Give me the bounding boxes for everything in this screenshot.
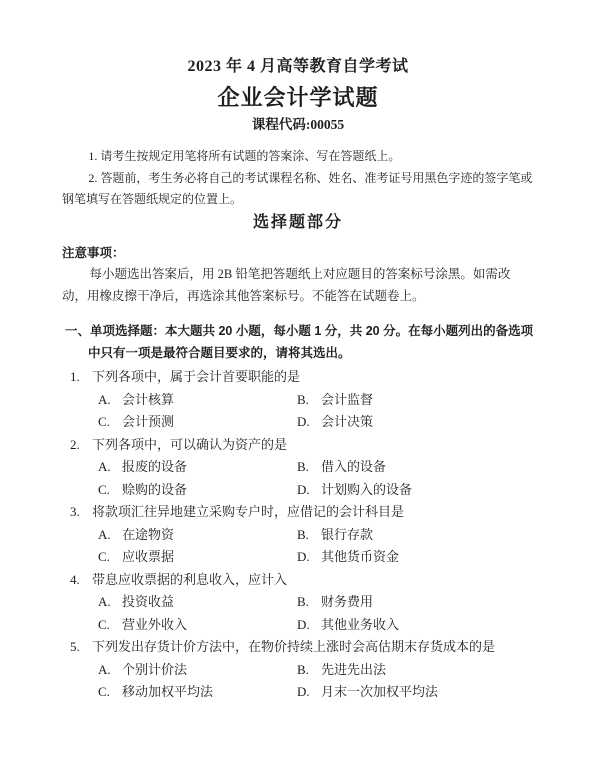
option-text: 其他业务收入 — [321, 617, 399, 632]
exam-paper-page: 2023 年 4 月高等教育自学考试 企业会计学试题 课程代码:00055 1.… — [0, 0, 596, 782]
question-1-stem: 1.下列各项中，属于会计首要职能的是 — [62, 366, 534, 389]
option-label: B. — [297, 524, 321, 547]
option-text: 赊购的设备 — [122, 482, 187, 497]
question-number: 4. — [70, 569, 92, 592]
question-text: 带息应收票据的利息收入，应计入 — [92, 572, 287, 587]
question-3-option-c: C.应收票据 — [98, 546, 297, 569]
option-label: A. — [98, 456, 122, 479]
option-label: C. — [98, 614, 122, 637]
question-2-stem: 2.下列各项中，可以确认为资产的是 — [62, 434, 534, 457]
question-text: 将款项汇往异地建立采购专户时，应借记的会计科目是 — [92, 504, 404, 519]
notice-body: 每小题选出答案后，用 2B 铅笔把答题纸上对应题目的答案标号涂黑。如需改动，用橡… — [62, 264, 534, 307]
question-2-option-d: D.计划购入的设备 — [297, 479, 534, 502]
option-text: 在途物资 — [122, 527, 174, 542]
question-4-stem: 4.带息应收票据的利息收入，应计入 — [62, 569, 534, 592]
question-2-option-a: A.报废的设备 — [98, 456, 297, 479]
option-label: C. — [98, 546, 122, 569]
question-text: 下列各项中，可以确认为资产的是 — [92, 437, 287, 452]
question-3-options: A.在途物资 B.银行存款 C.应收票据 D.其他货币资金 — [62, 524, 534, 569]
question-5: 5.下列发出存货计价方法中，在物价持续上涨时会高估期末存货成本的是 A.个别计价… — [62, 636, 534, 704]
option-label: A. — [98, 591, 122, 614]
question-3: 3.将款项汇往异地建立采购专户时，应借记的会计科目是 A.在途物资 B.银行存款… — [62, 501, 534, 569]
option-text: 借入的设备 — [321, 459, 386, 474]
option-label: D. — [297, 479, 321, 502]
question-4-option-a: A.投资收益 — [98, 591, 297, 614]
option-label: D. — [297, 411, 321, 434]
option-label: B. — [297, 456, 321, 479]
question-number: 2. — [70, 434, 92, 457]
option-text: 应收票据 — [122, 549, 174, 564]
question-4-option-b: B.财务费用 — [297, 591, 534, 614]
question-1-option-a: A.会计核算 — [98, 389, 297, 412]
option-text: 投资收益 — [122, 594, 174, 609]
option-label: D. — [297, 614, 321, 637]
question-number: 5. — [70, 636, 92, 659]
option-text: 会计预测 — [122, 414, 174, 429]
question-2-options: A.报废的设备 B.借入的设备 C.赊购的设备 D.计划购入的设备 — [62, 456, 534, 501]
question-1-options: A.会计核算 B.会计监督 C.会计预测 D.会计决策 — [62, 389, 534, 434]
instruction-item-2: 2. 答题前，考生务必将自己的考试课程名称、姓名、准考证号用黑色字迹的签字笔或钢… — [62, 168, 534, 211]
question-5-option-c: C.移动加权平均法 — [98, 681, 297, 704]
option-label: B. — [297, 591, 321, 614]
option-text: 银行存款 — [321, 527, 373, 542]
option-label: C. — [98, 411, 122, 434]
question-2-option-c: C.赊购的设备 — [98, 479, 297, 502]
notice-heading: 注意事项： — [62, 243, 534, 265]
option-text: 其他货币资金 — [321, 549, 399, 564]
question-2-option-b: B.借入的设备 — [297, 456, 534, 479]
option-label: D. — [297, 681, 321, 704]
option-label: B. — [297, 659, 321, 682]
option-text: 会计核算 — [122, 392, 174, 407]
question-4: 4.带息应收票据的利息收入，应计入 A.投资收益 B.财务费用 C.营业外收入 … — [62, 569, 534, 637]
option-label: D. — [297, 546, 321, 569]
question-text: 下列各项中，属于会计首要职能的是 — [92, 369, 300, 384]
option-label: B. — [297, 389, 321, 412]
section-heading: 选择题部分 — [62, 211, 534, 235]
question-4-option-d: D.其他业务收入 — [297, 614, 534, 637]
question-3-option-a: A.在途物资 — [98, 524, 297, 547]
question-3-option-d: D.其他货币资金 — [297, 546, 534, 569]
question-number: 1. — [70, 366, 92, 389]
course-code: 课程代码:00055 — [62, 117, 534, 133]
question-1-option-d: D.会计决策 — [297, 411, 534, 434]
option-text: 报废的设备 — [122, 459, 187, 474]
question-1: 1.下列各项中，属于会计首要职能的是 A.会计核算 B.会计监督 C.会计预测 … — [62, 366, 534, 434]
option-text: 计划购入的设备 — [321, 482, 412, 497]
option-text: 营业外收入 — [122, 617, 187, 632]
option-label: A. — [98, 659, 122, 682]
option-text: 会计决策 — [321, 414, 373, 429]
option-text: 会计监督 — [321, 392, 373, 407]
option-text: 移动加权平均法 — [122, 684, 213, 699]
question-1-option-b: B.会计监督 — [297, 389, 534, 412]
part1-heading: 一、单项选择题：本大题共 20 小题，每小题 1 分，共 20 分。在每小题列出… — [62, 321, 534, 364]
question-2: 2.下列各项中，可以确认为资产的是 A.报废的设备 B.借入的设备 C.赊购的设… — [62, 434, 534, 502]
question-number: 3. — [70, 501, 92, 524]
option-label: C. — [98, 681, 122, 704]
exam-title: 2023 年 4 月高等教育自学考试 — [62, 57, 534, 76]
question-5-options: A.个别计价法 B.先进先出法 C.移动加权平均法 D.月末一次加权平均法 — [62, 659, 534, 704]
question-1-option-c: C.会计预测 — [98, 411, 297, 434]
general-instructions: 1. 请考生按规定用笔将所有试题的答案涂、写在答题纸上。 2. 答题前，考生务必… — [62, 146, 534, 211]
question-3-stem: 3.将款项汇往异地建立采购专户时，应借记的会计科目是 — [62, 501, 534, 524]
question-3-option-b: B.银行存款 — [297, 524, 534, 547]
option-text: 先进先出法 — [321, 662, 386, 677]
option-text: 个别计价法 — [122, 662, 187, 677]
option-label: A. — [98, 389, 122, 412]
option-label: A. — [98, 524, 122, 547]
question-text: 下列发出存货计价方法中，在物价持续上涨时会高估期末存货成本的是 — [92, 639, 495, 654]
question-4-options: A.投资收益 B.财务费用 C.营业外收入 D.其他业务收入 — [62, 591, 534, 636]
exam-subtitle: 企业会计学试题 — [62, 85, 534, 111]
option-label: C. — [98, 479, 122, 502]
question-5-option-b: B.先进先出法 — [297, 659, 534, 682]
instruction-item-1: 1. 请考生按规定用笔将所有试题的答案涂、写在答题纸上。 — [62, 146, 534, 168]
question-5-option-d: D.月末一次加权平均法 — [297, 681, 534, 704]
question-5-stem: 5.下列发出存货计价方法中，在物价持续上涨时会高估期末存货成本的是 — [62, 636, 534, 659]
question-list: 1.下列各项中，属于会计首要职能的是 A.会计核算 B.会计监督 C.会计预测 … — [62, 366, 534, 704]
option-text: 月末一次加权平均法 — [321, 684, 438, 699]
question-5-option-a: A.个别计价法 — [98, 659, 297, 682]
option-text: 财务费用 — [321, 594, 373, 609]
question-4-option-c: C.营业外收入 — [98, 614, 297, 637]
